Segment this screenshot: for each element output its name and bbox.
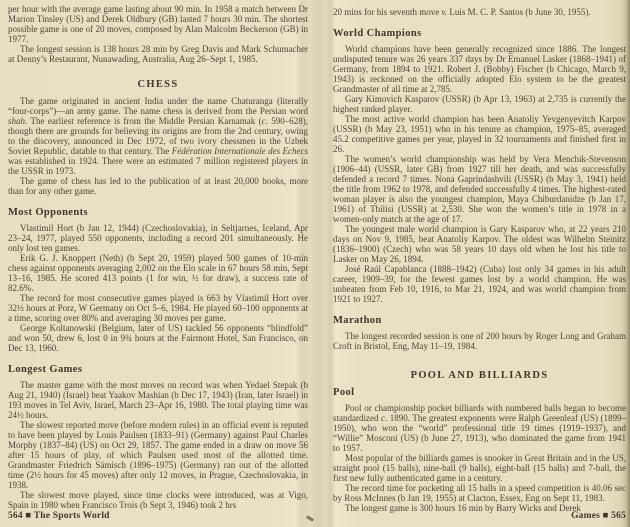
world-champions-paragraph-6: José Raúl Capablanca (1888–1942) (Cuba) … bbox=[333, 264, 626, 304]
longest-games-paragraph-1: The master game with the most moves on r… bbox=[8, 380, 308, 420]
chess-heading: CHESS bbox=[8, 79, 308, 90]
chess-paragraph-2: The game of chess has led to the publica… bbox=[8, 176, 308, 196]
longest-games-paragraph-2: The slowest reported move (before modern… bbox=[8, 420, 308, 490]
longest-games-heading: Longest Games bbox=[8, 364, 308, 375]
most-opponents-heading: Most Opponents bbox=[8, 207, 308, 218]
intro-paragraph-continuation: per hour with the average game lasting a… bbox=[8, 4, 308, 44]
chess-paragraph-1: The game originated in ancient India und… bbox=[8, 96, 308, 176]
pool-paragraph-2: Most popular of the billiards games is s… bbox=[333, 453, 626, 483]
world-champions-paragraph-4: The women’s world championship was held … bbox=[333, 154, 626, 224]
pool-heading: Pool bbox=[333, 387, 626, 398]
pool-paragraph-3: The record time for pocketing all 15 bal… bbox=[333, 483, 626, 503]
right-page-column: 20 mins for his seventh move v. Luis M. … bbox=[333, 7, 626, 513]
world-champions-paragraph-2: Gary Kimovich Kasparov (USSR) (b Apr 13,… bbox=[333, 94, 626, 114]
world-champions-paragraph-1: World champions have been generally reco… bbox=[333, 44, 626, 94]
most-opponents-paragraph-4: George Koltanowski (Belgium, later of US… bbox=[8, 323, 308, 353]
marathon-paragraph-1: The longest recorded session is one of 2… bbox=[333, 331, 626, 351]
most-opponents-paragraph-1: Vlastimil Hort (b Jan 12, 1944) (Czechos… bbox=[8, 223, 308, 253]
right-page-footer: Games ■ 565 bbox=[333, 511, 626, 521]
most-opponents-paragraph-2: Erik G. J. Knoppert (Neth) (b Sept 20, 1… bbox=[8, 253, 308, 293]
top-paragraph-continuation: 20 mins for his seventh move v. Luis M. … bbox=[333, 7, 626, 17]
pool-paragraph-1: Pool or championship pocket billiards wi… bbox=[333, 403, 626, 453]
left-page-footer: 564 ■ The Sports World bbox=[8, 511, 308, 521]
longest-games-paragraph-3: The slowest move played, since time cloc… bbox=[8, 490, 308, 510]
world-champions-paragraph-3: The most active world champion has been … bbox=[333, 114, 626, 154]
world-champions-heading: World Champions bbox=[333, 28, 626, 39]
pool-and-billiards-heading: POOL AND BILLIARDS bbox=[333, 370, 626, 381]
left-page-column: per hour with the average game lasting a… bbox=[8, 4, 308, 510]
intro-paragraph-2: The longest session is 138 hours 28 min … bbox=[8, 44, 308, 64]
marathon-heading: Marathon bbox=[333, 315, 626, 326]
most-opponents-paragraph-3: The record for most consecutive games pl… bbox=[8, 293, 308, 323]
world-champions-paragraph-5: The youngest male world champion is Gary… bbox=[333, 224, 626, 264]
